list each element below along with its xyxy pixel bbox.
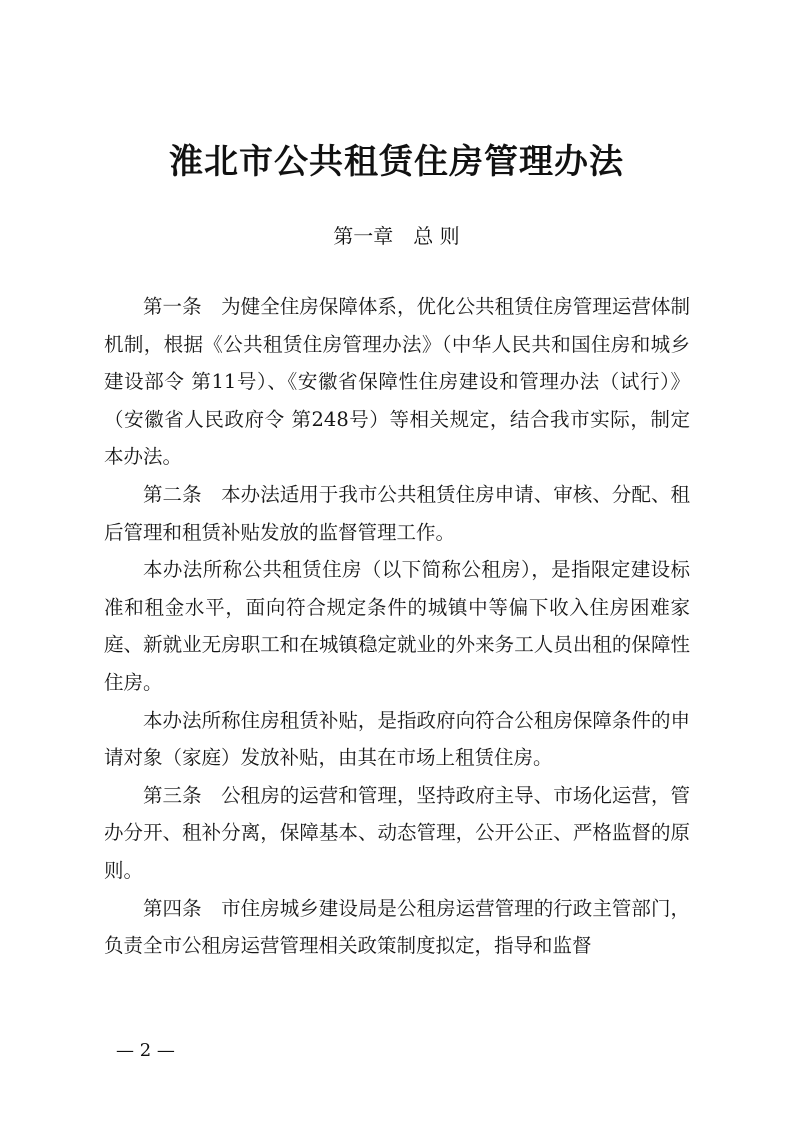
article-label: 第一条 [143,295,202,318]
paragraph-text: 本办法所称公共租赁住房（以下简称公租房），是指限定建设标准和租金水平，面向符合规… [104,558,690,694]
article-text: 为健全住房保障体系，优化公共租赁住房管理运营体制机制，根据《公共租赁住房管理办法… [104,295,690,468]
definition-public-rental-paragraph: 本办法所称公共租赁住房（以下简称公租房），是指限定建设标准和租金水平，面向符合规… [104,551,690,701]
document-title: 淮北市公共租赁住房管理办法 [0,134,793,183]
document-body: 第一条为健全住房保障体系，优化公共租赁住房管理运营体制机制，根据《公共租赁住房管… [104,288,690,965]
chapter-heading: 第一章 总 则 [0,220,793,249]
article-label: 第三条 [143,784,202,807]
article-3-paragraph: 第三条公租房的运营和管理，坚持政府主导、市场化运营，管办分开、租补分离，保障基本… [104,777,690,890]
article-1-paragraph: 第一条为健全住房保障体系，优化公共租赁住房管理运营体制机制，根据《公共租赁住房管… [104,288,690,476]
article-label: 第二条 [143,483,202,506]
page-number: — 2 — [116,1040,175,1061]
article-4-paragraph: 第四条市住房城乡建设局是公租房运营管理的行政主管部门，负责全市公租房运营管理相关… [104,890,690,965]
paragraph-text: 本办法所称住房租赁补贴，是指政府向符合公租房保障条件的申请对象（家庭）发放补贴，… [104,709,690,770]
definition-subsidy-paragraph: 本办法所称住房租赁补贴，是指政府向符合公租房保障条件的申请对象（家庭）发放补贴，… [104,702,690,777]
article-label: 第四条 [143,897,202,920]
article-2-paragraph: 第二条本办法适用于我市公共租赁住房申请、审核、分配、租后管理和租赁补贴发放的监督… [104,476,690,551]
document-page: 淮北市公共租赁住房管理办法 第一章 总 则 第一条为健全住房保障体系，优化公共租… [0,0,793,1122]
